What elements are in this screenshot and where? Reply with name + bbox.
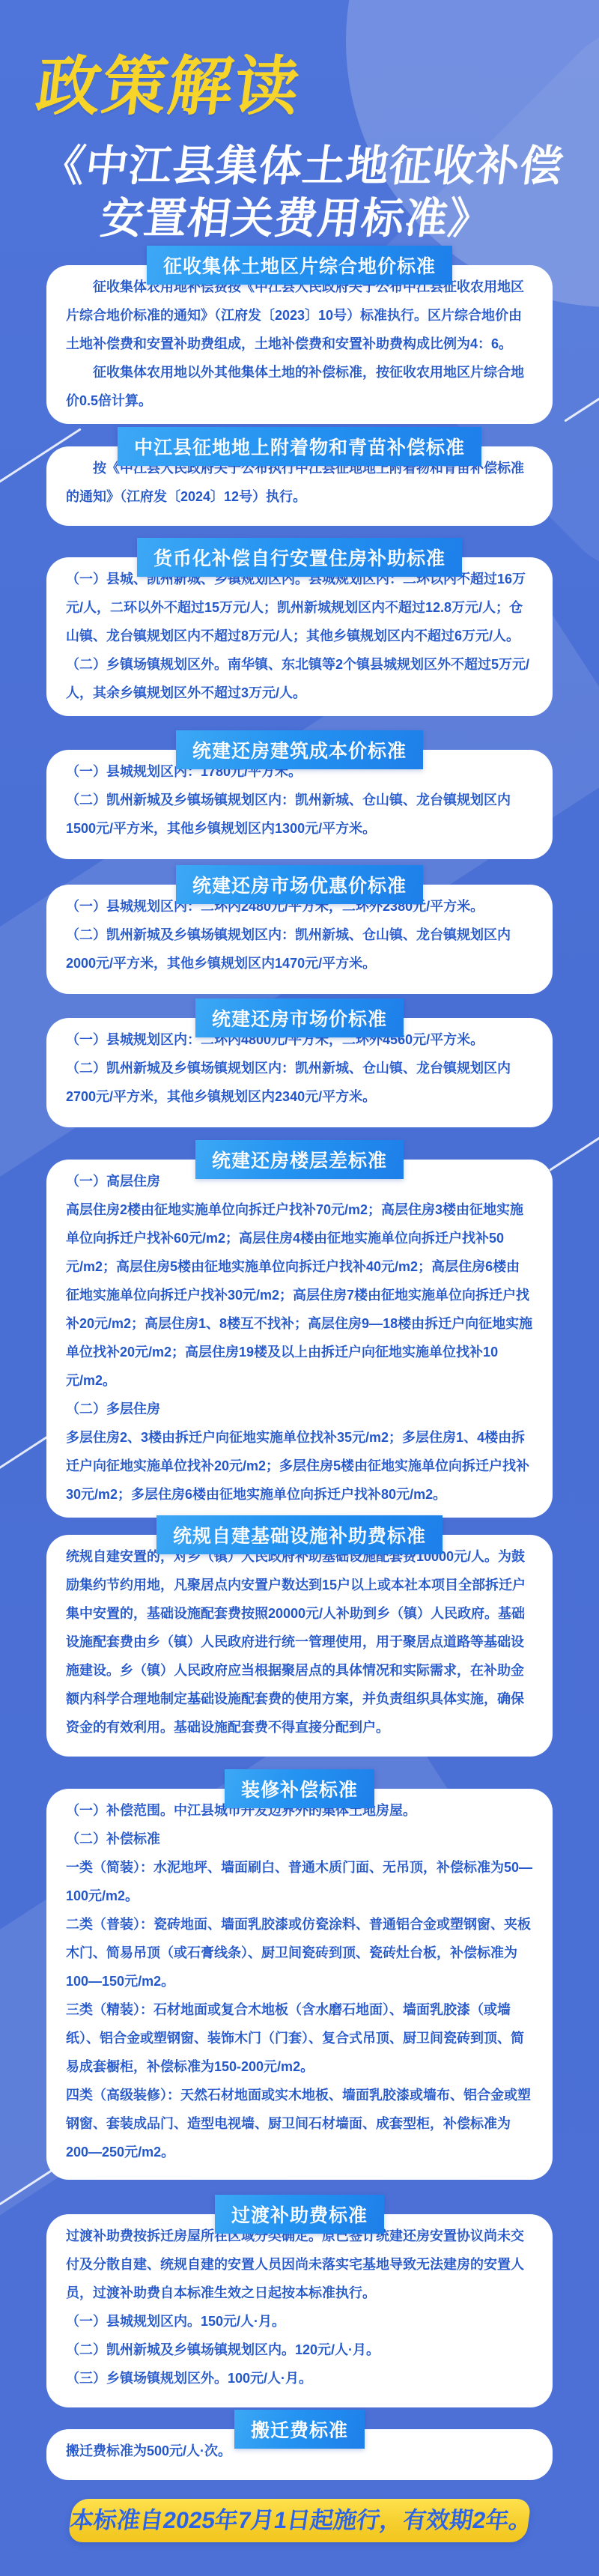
paragraph: 一类（简装）：水泥地坪、墙面刷白、普通木质门面、无吊顶，补偿标准为50—100元… [66, 1853, 533, 1910]
paragraph: 高层住房2楼由征地实施单位向拆迁户找补70元/m2；高层住房3楼由征地实施单位向… [66, 1195, 533, 1395]
page-title: 《中江县集体土地征收补偿 安置相关费用标准》 [0, 141, 599, 245]
footer-note: 本标准自2025年7月1日起施行，有效期2年。 [67, 2499, 532, 2542]
paragraph: （一）县城、凯州新城、乡镇规划区内。县城规划区内：二环以内不超过16万元/人，二… [66, 565, 533, 650]
paragraph: 征收集体农用地补偿费按《中江县人民政府关于公布中江县征收农用地区片综合地价标准的… [66, 273, 533, 358]
section-badge-construction-cost: 统建还房建筑成本价标准 [176, 730, 423, 769]
section-badge-floor-difference: 统建还房楼层差标准 [195, 1140, 404, 1179]
section-badge-attachments: 中江县征地地上附着物和青苗补偿标准 [118, 427, 481, 466]
section-badge-moving-fee: 搬迁费标准 [234, 2410, 365, 2449]
paragraph: 三类（精装）：石材地面或复合木地板（含水磨石地面）、墙面乳胶漆（或墙纸）、铝合金… [66, 1995, 533, 2081]
section-card-land-price: 征收集体农用地补偿费按《中江县人民政府关于公布中江县征收农用地区片综合地价标准的… [46, 265, 553, 424]
paragraph: （二）凯州新城及乡镇场镇规划区内：凯州新城、仓山镇、龙台镇规划区内2700元/平… [66, 1054, 533, 1111]
decor-line [549, 1108, 599, 1171]
page-tag: 政策解读 [31, 34, 306, 127]
section-badge-monetary-housing: 货币化补偿自行安置住房补助标准 [137, 538, 462, 577]
paragraph: 统规自建安置的，对乡（镇）人民政府补助基础设施配套费10000元/人。为鼓励集约… [66, 1542, 533, 1742]
section-badge-decoration: 装修补偿标准 [225, 1769, 374, 1808]
paragraph: 多层住房2、3楼由拆迁户向征地实施单位找补35元/m2；多层住房1、4楼由拆迁户… [66, 1423, 533, 1509]
page-title-line1: 《中江县集体土地征收补偿 [0, 141, 599, 193]
section-badge-transition-subsidy: 过渡补助费标准 [215, 2195, 384, 2234]
paragraph: 二类（普装）：瓷砖地面、墙面乳胶漆或仿瓷涂料、普通铝合金或塑钢窗、夹板木门、简易… [66, 1910, 533, 1995]
section-badge-market-price: 统建还房市场价标准 [195, 998, 404, 1037]
paragraph: （一）县城规划区内。150元/人·月。 [66, 2307, 533, 2336]
paragraph: （二）补偿标准 [66, 1825, 533, 1853]
paragraph: （二）凯州新城及乡镇场镇规划区内：凯州新城、仓山镇、龙台镇规划区内2000元/平… [66, 921, 533, 978]
policy-poster: 政策解读 《中江县集体土地征收补偿 安置相关费用标准》 征收集体土地区片综合地价… [0, 0, 599, 2576]
section-card-decoration: （一）补偿范围。中江县城市开发边界外的集体土地房屋。 （二）补偿标准 一类（简装… [46, 1789, 553, 2180]
section-card-infrastructure-subsidy: 统规自建安置的，对乡（镇）人民政府补助基础设施配套费10000元/人。为鼓励集约… [46, 1535, 553, 1757]
section-badge-discount-price: 统建还房市场优惠价标准 [176, 865, 423, 904]
paragraph: （二）乡镇场镇规划区外。南华镇、东北镇等2个镇县城规划区外不超过5万元/人，其余… [66, 650, 533, 707]
section-card-floor-difference: （一）高层住房 高层住房2楼由征地实施单位向拆迁户找补70元/m2；高层住房3楼… [46, 1160, 553, 1518]
section-badge-land-price: 征收集体土地区片综合地价标准 [147, 246, 452, 285]
section-card-monetary-housing: （一）县城、凯州新城、乡镇规划区内。县城规划区内：二环以内不超过16万元/人，二… [46, 557, 553, 716]
paragraph: （二）多层住房 [66, 1395, 533, 1423]
paragraph: 四类（高级装修）：天然石材地面或实木地板、墙面乳胶漆或墙布、铝合金或塑钢窗、套装… [66, 2081, 533, 2166]
section-badge-infrastructure-subsidy: 统规自建基础设施补助费标准 [156, 1515, 443, 1554]
paragraph: 过渡补助费按拆迁房屋所在区域分类确定。原已签订统建还房安置协议尚未交付及分散自建… [66, 2222, 533, 2307]
section-card-transition-subsidy: 过渡补助费按拆迁房屋所在区域分类确定。原已签订统建还房安置协议尚未交付及分散自建… [46, 2214, 553, 2407]
page-title-line2: 安置相关费用标准》 [0, 193, 599, 246]
paragraph: （三）乡镇场镇规划区外。100元/人·月。 [66, 2364, 533, 2392]
paragraph: （二）凯州新城及乡镇场镇规划区内。120元/人·月。 [66, 2336, 533, 2364]
paragraph: （二）凯州新城及乡镇场镇规划区内：凯州新城、仓山镇、龙台镇规划区内1500元/平… [66, 786, 533, 843]
paragraph: 征收集体农用地以外其他集体土地的补偿标准，按征收农用地区片综合地价0.5倍计算。 [66, 358, 533, 415]
footer-note-text: 本标准自2025年7月1日起施行，有效期2年。 [69, 2507, 535, 2533]
